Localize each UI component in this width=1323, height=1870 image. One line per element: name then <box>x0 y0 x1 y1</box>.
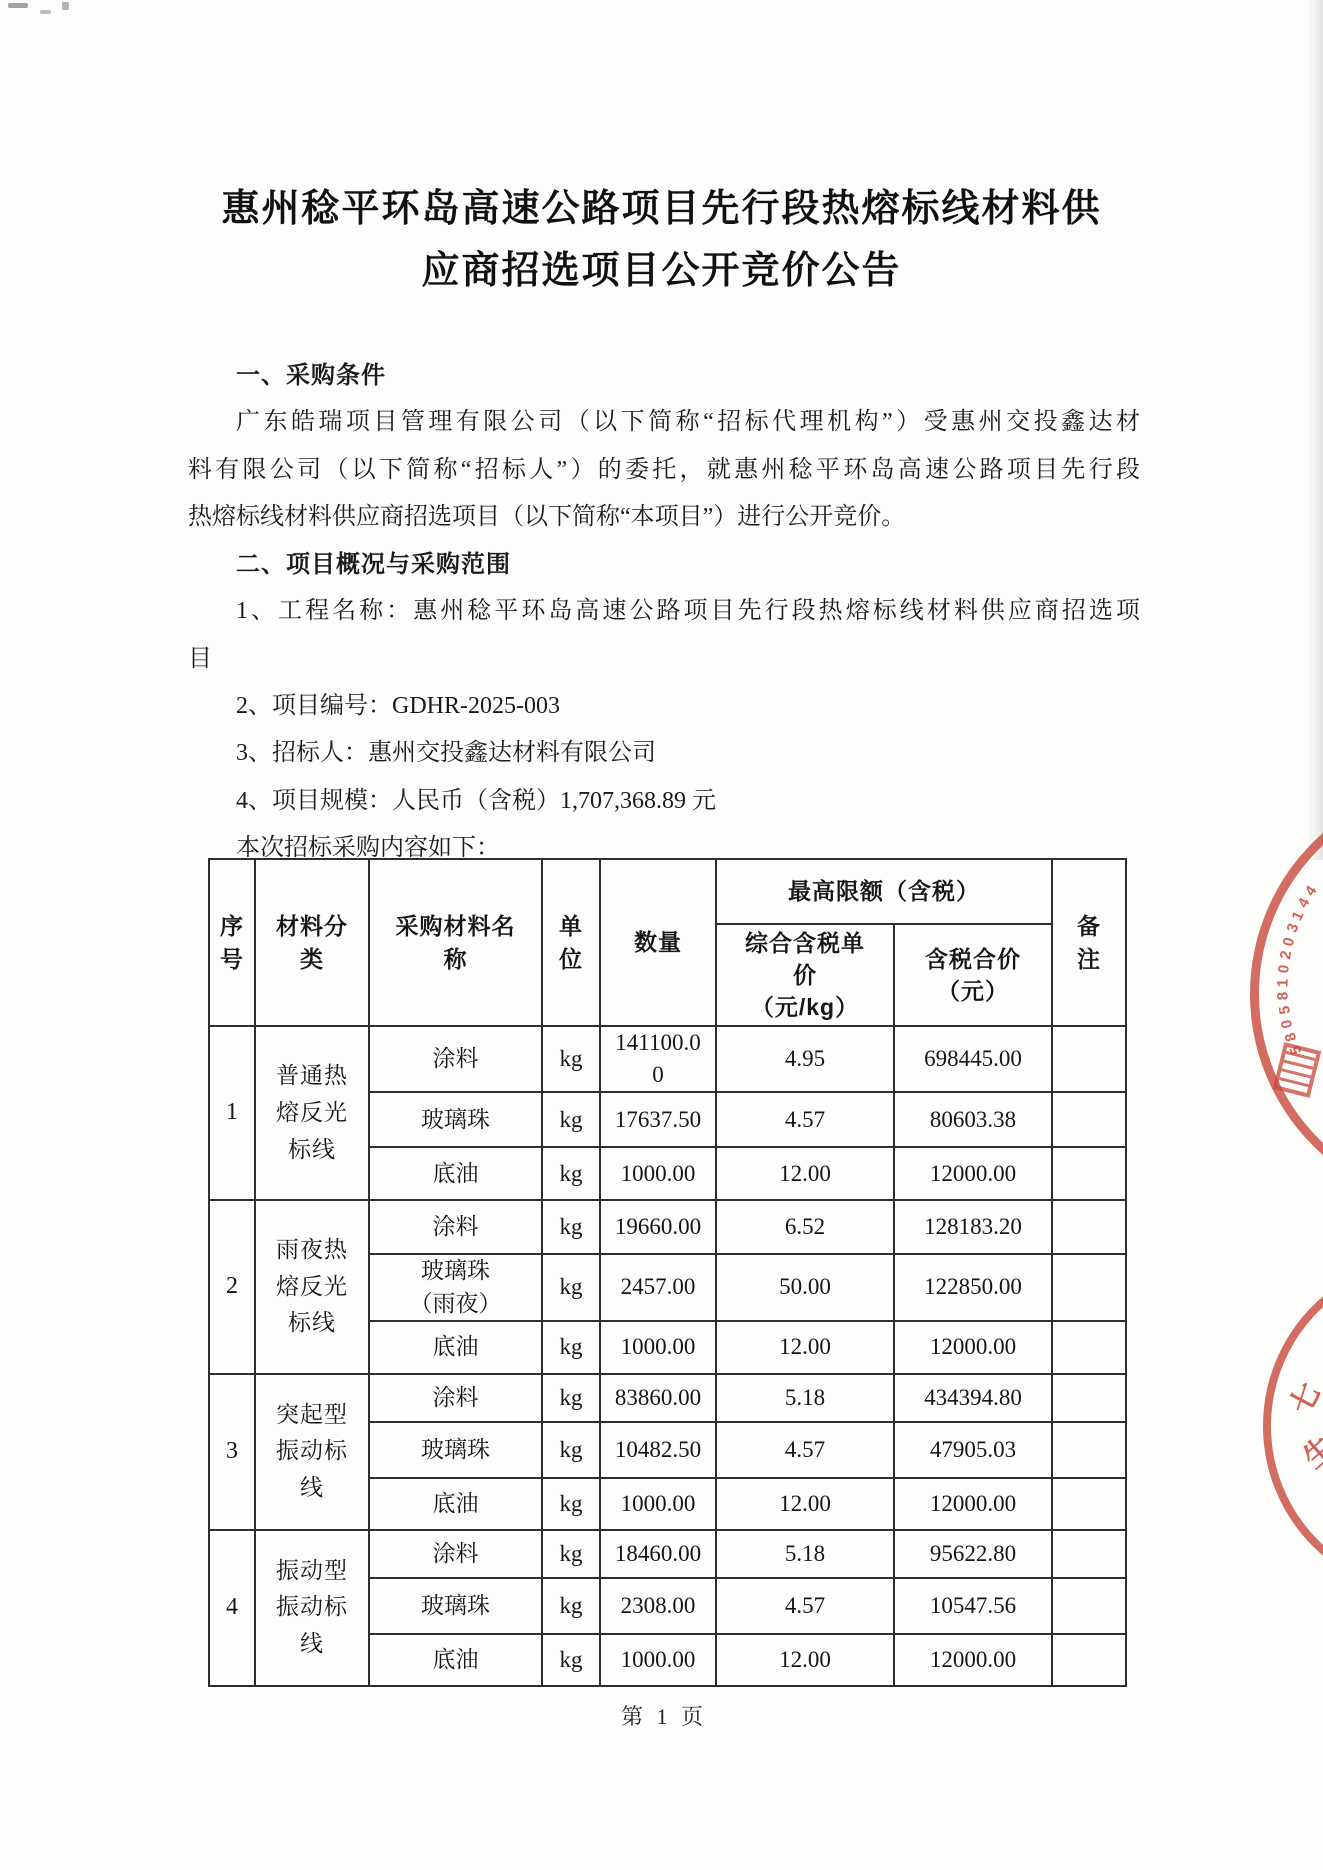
header-material: 采购材料名 称 <box>369 859 542 1026</box>
paragraph-1-line-1: 广东皓瑞项目管理有限公司（以下简称“招标代理机构”）受惠州交投鑫达材 <box>188 399 1140 446</box>
material-cell: 底油 <box>369 1634 542 1686</box>
page-title: 惠州稔平环岛高速公路项目先行段热熔标线材料供 应商招选项目公开竞价公告 <box>100 178 1223 302</box>
table-row: 3 突起型 振动标 线 涂料 kg 83860.00 5.18 434394.8… <box>209 1374 1126 1422</box>
total-price-cell: 95622.80 <box>894 1530 1052 1578</box>
total-price-cell: 12000.00 <box>894 1634 1052 1686</box>
header-unit: 单 位 <box>542 859 600 1026</box>
page-number: 第 1 页 <box>188 1700 1140 1731</box>
total-price-cell: 12000.00 <box>894 1478 1052 1530</box>
qty-cell: 1000.00 <box>600 1634 716 1686</box>
total-price-cell: 80603.38 <box>894 1092 1052 1147</box>
total-price-cell: 698445.00 <box>894 1026 1052 1092</box>
qty-cell: 1000.00 <box>600 1147 716 1200</box>
qty-cell: 141100.00 <box>600 1026 716 1092</box>
remark-cell <box>1052 1578 1126 1634</box>
item-2-project-number: 2、项目编号：GDHR-2025-003 <box>188 683 1140 730</box>
category-cell: 振动型 振动标 线 <box>255 1530 369 1686</box>
remark-cell <box>1052 1478 1126 1530</box>
qty-cell: 19660.00 <box>600 1200 716 1254</box>
header-total-price: 含税合价 （元） <box>894 924 1052 1026</box>
seq-cell: 4 <box>209 1530 255 1686</box>
table-row: 1 普通热 熔反光 标线 涂料 kg 141100.00 4.95 698445… <box>209 1026 1126 1092</box>
remark-cell <box>1052 1092 1126 1147</box>
qty-cell: 2457.00 <box>600 1254 716 1320</box>
scan-speck <box>40 10 51 14</box>
qty-cell: 83860.00 <box>600 1374 716 1422</box>
qty-cell: 2308.00 <box>600 1578 716 1634</box>
unit-price-cell: 12.00 <box>716 1321 894 1374</box>
unit-cell: kg <box>542 1578 600 1634</box>
material-cell: 底油 <box>369 1478 542 1530</box>
total-price-cell: 10547.56 <box>894 1578 1052 1634</box>
total-price-cell: 12000.00 <box>894 1321 1052 1374</box>
header-max-limit: 最高限额（含税） <box>716 859 1052 924</box>
document-page: 惠州稔平环岛高速公路项目先行段热熔标线材料供 应商招选项目公开竞价公告 一、采购… <box>0 0 1323 1870</box>
remark-cell <box>1052 1200 1126 1254</box>
qty-cell: 18460.00 <box>600 1530 716 1578</box>
header-unit-price: 综合含税单 价 （元/kg） <box>716 924 894 1026</box>
total-price-cell: 122850.00 <box>894 1254 1052 1320</box>
title-line-2: 应商招选项目公开竞价公告 <box>100 240 1223 302</box>
section-2-heading: 二、项目概况与采购范围 <box>188 541 1140 588</box>
announcement-body: 一、采购条件 广东皓瑞项目管理有限公司（以下简称“招标代理机构”）受惠州交投鑫达… <box>188 352 1140 872</box>
category-cell: 雨夜热 熔反光 标线 <box>255 1200 369 1373</box>
procurement-table: 序 号 材料分 类 采购材料名 称 单 位 数量 最高限额（含税） 备 注 综合… <box>208 858 1127 1687</box>
unit-cell: kg <box>542 1092 600 1147</box>
item-4-project-scale: 4、项目规模：人民币（含税）1,707,368.89 元 <box>188 778 1140 825</box>
item-1-line-1: 1、工程名称：惠州稔平环岛高速公路项目先行段热熔标线材料供应商招选项 <box>188 588 1140 635</box>
material-cell: 涂料 <box>369 1374 542 1422</box>
unit-price-cell: 12.00 <box>716 1147 894 1200</box>
material-cell: 玻璃珠 <box>369 1092 542 1147</box>
title-line-1: 惠州稔平环岛高速公路项目先行段热熔标线材料供 <box>100 178 1223 240</box>
unit-price-cell: 4.95 <box>716 1026 894 1092</box>
unit-cell: kg <box>542 1254 600 1320</box>
remark-cell <box>1052 1634 1126 1686</box>
qty-cell: 1000.00 <box>600 1478 716 1530</box>
unit-price-cell: 4.57 <box>716 1422 894 1478</box>
unit-price-cell: 4.57 <box>716 1578 894 1634</box>
material-cell: 玻璃珠 <box>369 1422 542 1478</box>
stamp-serial-digit: 1 <box>1274 978 1291 987</box>
scan-edge-shadow <box>1307 0 1323 860</box>
remark-cell <box>1052 1530 1126 1578</box>
material-cell: 玻璃珠 （雨夜） <box>369 1254 542 1320</box>
paragraph-1-line-3: 热熔标线材料供应商招选项目（以下简称“本项目”）进行公开竞价。 <box>188 494 1140 541</box>
remark-cell <box>1052 1374 1126 1422</box>
unit-price-cell: 4.57 <box>716 1092 894 1147</box>
seq-cell: 3 <box>209 1374 255 1530</box>
unit-cell: kg <box>542 1374 600 1422</box>
seq-cell: 2 <box>209 1200 255 1373</box>
item-1-line-2: 目 <box>188 636 1140 683</box>
total-price-cell: 434394.80 <box>894 1374 1052 1422</box>
remark-cell <box>1052 1147 1126 1200</box>
remark-cell <box>1052 1321 1126 1374</box>
scan-speck <box>62 2 69 10</box>
qty-cell: 17637.50 <box>600 1092 716 1147</box>
total-price-cell: 47905.03 <box>894 1422 1052 1478</box>
category-cell: 普通热 熔反光 标线 <box>255 1026 369 1200</box>
unit-price-cell: 5.18 <box>716 1530 894 1578</box>
material-cell: 底油 <box>369 1321 542 1374</box>
seq-cell: 1 <box>209 1026 255 1200</box>
header-seq: 序 号 <box>209 859 255 1026</box>
qty-cell: 10482.50 <box>600 1422 716 1478</box>
material-cell: 涂料 <box>369 1530 542 1578</box>
unit-price-cell: 5.18 <box>716 1374 894 1422</box>
category-cell: 突起型 振动标 线 <box>255 1374 369 1530</box>
unit-cell: kg <box>542 1530 600 1578</box>
qty-cell: 1000.00 <box>600 1321 716 1374</box>
remark-cell <box>1052 1026 1126 1092</box>
unit-cell: kg <box>542 1634 600 1686</box>
remark-cell <box>1052 1254 1126 1320</box>
material-cell: 涂料 <box>369 1200 542 1254</box>
remark-cell <box>1052 1422 1126 1478</box>
section-1-heading: 一、采购条件 <box>188 352 1140 399</box>
material-cell: 底油 <box>369 1147 542 1200</box>
material-cell: 涂料 <box>369 1026 542 1092</box>
table-row: 2 雨夜热 熔反光 标线 涂料 kg 19660.00 6.52 128183.… <box>209 1200 1126 1254</box>
unit-price-cell: 6.52 <box>716 1200 894 1254</box>
header-remark: 备 注 <box>1052 859 1126 1026</box>
total-price-cell: 12000.00 <box>894 1147 1052 1200</box>
header-category: 材料分 类 <box>255 859 369 1026</box>
unit-cell: kg <box>542 1026 600 1092</box>
header-qty: 数量 <box>600 859 716 1026</box>
paragraph-1-line-2: 料有限公司（以下简称“招标人”）的委托，就惠州稔平环岛高速公路项目先行段 <box>188 447 1140 494</box>
unit-price-cell: 50.00 <box>716 1254 894 1320</box>
unit-cell: kg <box>542 1321 600 1374</box>
table-row: 4 振动型 振动标 线 涂料 kg 18460.00 5.18 95622.80 <box>209 1530 1126 1578</box>
unit-price-cell: 12.00 <box>716 1634 894 1686</box>
unit-cell: kg <box>542 1478 600 1530</box>
unit-price-cell: 12.00 <box>716 1478 894 1530</box>
material-cell: 玻璃珠 <box>369 1578 542 1634</box>
stamp-serial-digit: 0 <box>1275 964 1293 974</box>
unit-cell: kg <box>542 1147 600 1200</box>
scan-speck <box>8 3 28 8</box>
total-price-cell: 128183.20 <box>894 1200 1052 1254</box>
unit-cell: kg <box>542 1422 600 1478</box>
stamp-serial-digit: 8 <box>1275 992 1293 1001</box>
unit-cell: kg <box>542 1200 600 1254</box>
item-3-tenderer: 3、招标人：惠州交投鑫达材料有限公司 <box>188 730 1140 777</box>
